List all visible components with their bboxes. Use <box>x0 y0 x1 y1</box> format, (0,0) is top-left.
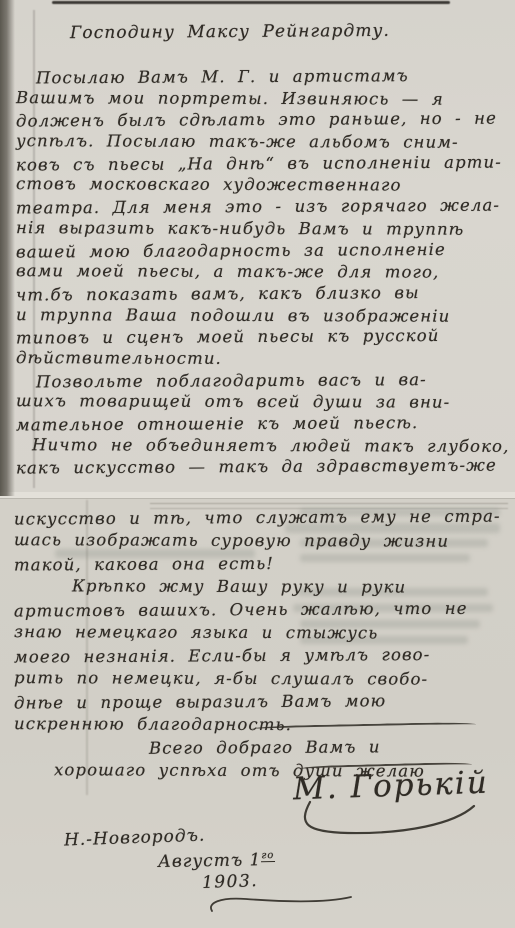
letter-line: Посылаю Вамъ М. Г. и артистамъ <box>16 64 511 89</box>
closing-line: Всего добраго Вамъ и <box>14 734 511 760</box>
letter-line: искусство и тѣ, что служатъ ему не стра- <box>14 504 511 530</box>
scan-edge-left <box>0 0 15 496</box>
letter-line: успѣлъ. Посылаю такъ-же альбомъ сним- <box>16 130 511 153</box>
letter-line: типовъ и сценъ моей пьесы къ русской <box>16 325 511 350</box>
letter-line: долженъ былъ сдѣлать это раньше, но - не <box>16 108 511 133</box>
signature-flourish <box>296 800 481 836</box>
scan-edge-top <box>52 1 450 4</box>
letter-line: дѣйствительности. <box>16 347 511 370</box>
year-line: 1903. <box>202 871 259 893</box>
letter-line: шась изображать суровую правду жизни <box>14 528 511 553</box>
letter-line: какъ искусство — такъ да здравствуетъ-же <box>16 455 511 480</box>
date-suffix: го <box>261 850 274 862</box>
date-flourish <box>206 893 356 917</box>
letter-line: стовъ московскаго художественнаго <box>16 174 511 197</box>
page2-body: искусство и тѣ, что служатъ ему не стра-… <box>14 506 511 782</box>
letter-line: Крѣпко жму Вашу руку и руки <box>14 574 511 599</box>
letter-line: вашей мою благодарность за исполненіе <box>16 238 511 263</box>
letter-line: вами моей пьесы, а такъ-же для того, <box>16 260 511 283</box>
date-line: Августъ 1го <box>158 850 275 872</box>
scan-seam <box>0 492 515 499</box>
letter-line: чт.бъ показать вамъ, какъ близко вы <box>16 281 511 306</box>
letter-line: такой, какова она есть! <box>14 550 511 576</box>
letter-line: театра. Для меня это - изъ горячаго жела… <box>16 195 511 220</box>
date-month-day: Августъ 1 <box>158 850 262 872</box>
letter-scan: Господину Максу Рейнгардту. Посылаю Вамъ… <box>0 0 515 928</box>
letter-line: знаю немецкаго языка и стыжусь <box>14 620 511 645</box>
letter-line: нія выразить какъ-нибудь Вамъ и труппѣ <box>16 217 511 240</box>
letter-line: и труппа Ваша подошли въ изображеніи <box>16 304 511 327</box>
letter-line: рить по немецки, я-бы слушалъ свобо- <box>14 666 511 691</box>
letter-line: Вашимъ мои портреты. Извиняюсь — я <box>16 87 511 110</box>
letter-line: моего незнанія. Если-бы я умѣлъ гово- <box>14 642 511 668</box>
letter-line: днѣе и проще выразилъ Вамъ мою <box>14 688 511 714</box>
letter-line: артистовъ вашихъ. Очень жалѣю, что не <box>14 596 511 622</box>
letter-line: ковъ съ пьесы „На днѣ“ въ исполненіи арт… <box>16 151 511 176</box>
salutation-line: Господину Максу Рейнгардту. <box>70 21 390 43</box>
letter-line: Ничто не объединяетъ людей такъ глубоко, <box>16 434 511 457</box>
letter-line: шихъ товарищей отъ всей души за вни- <box>16 390 511 413</box>
letter-line: Позвольте поблагодарить васъ и ва- <box>16 368 511 393</box>
letter-line: мательное отношеніе къ моей пьесѣ. <box>16 411 511 436</box>
page1-body: Посылаю Вамъ М. Г. и артистамъ Вашимъ мо… <box>16 66 511 478</box>
